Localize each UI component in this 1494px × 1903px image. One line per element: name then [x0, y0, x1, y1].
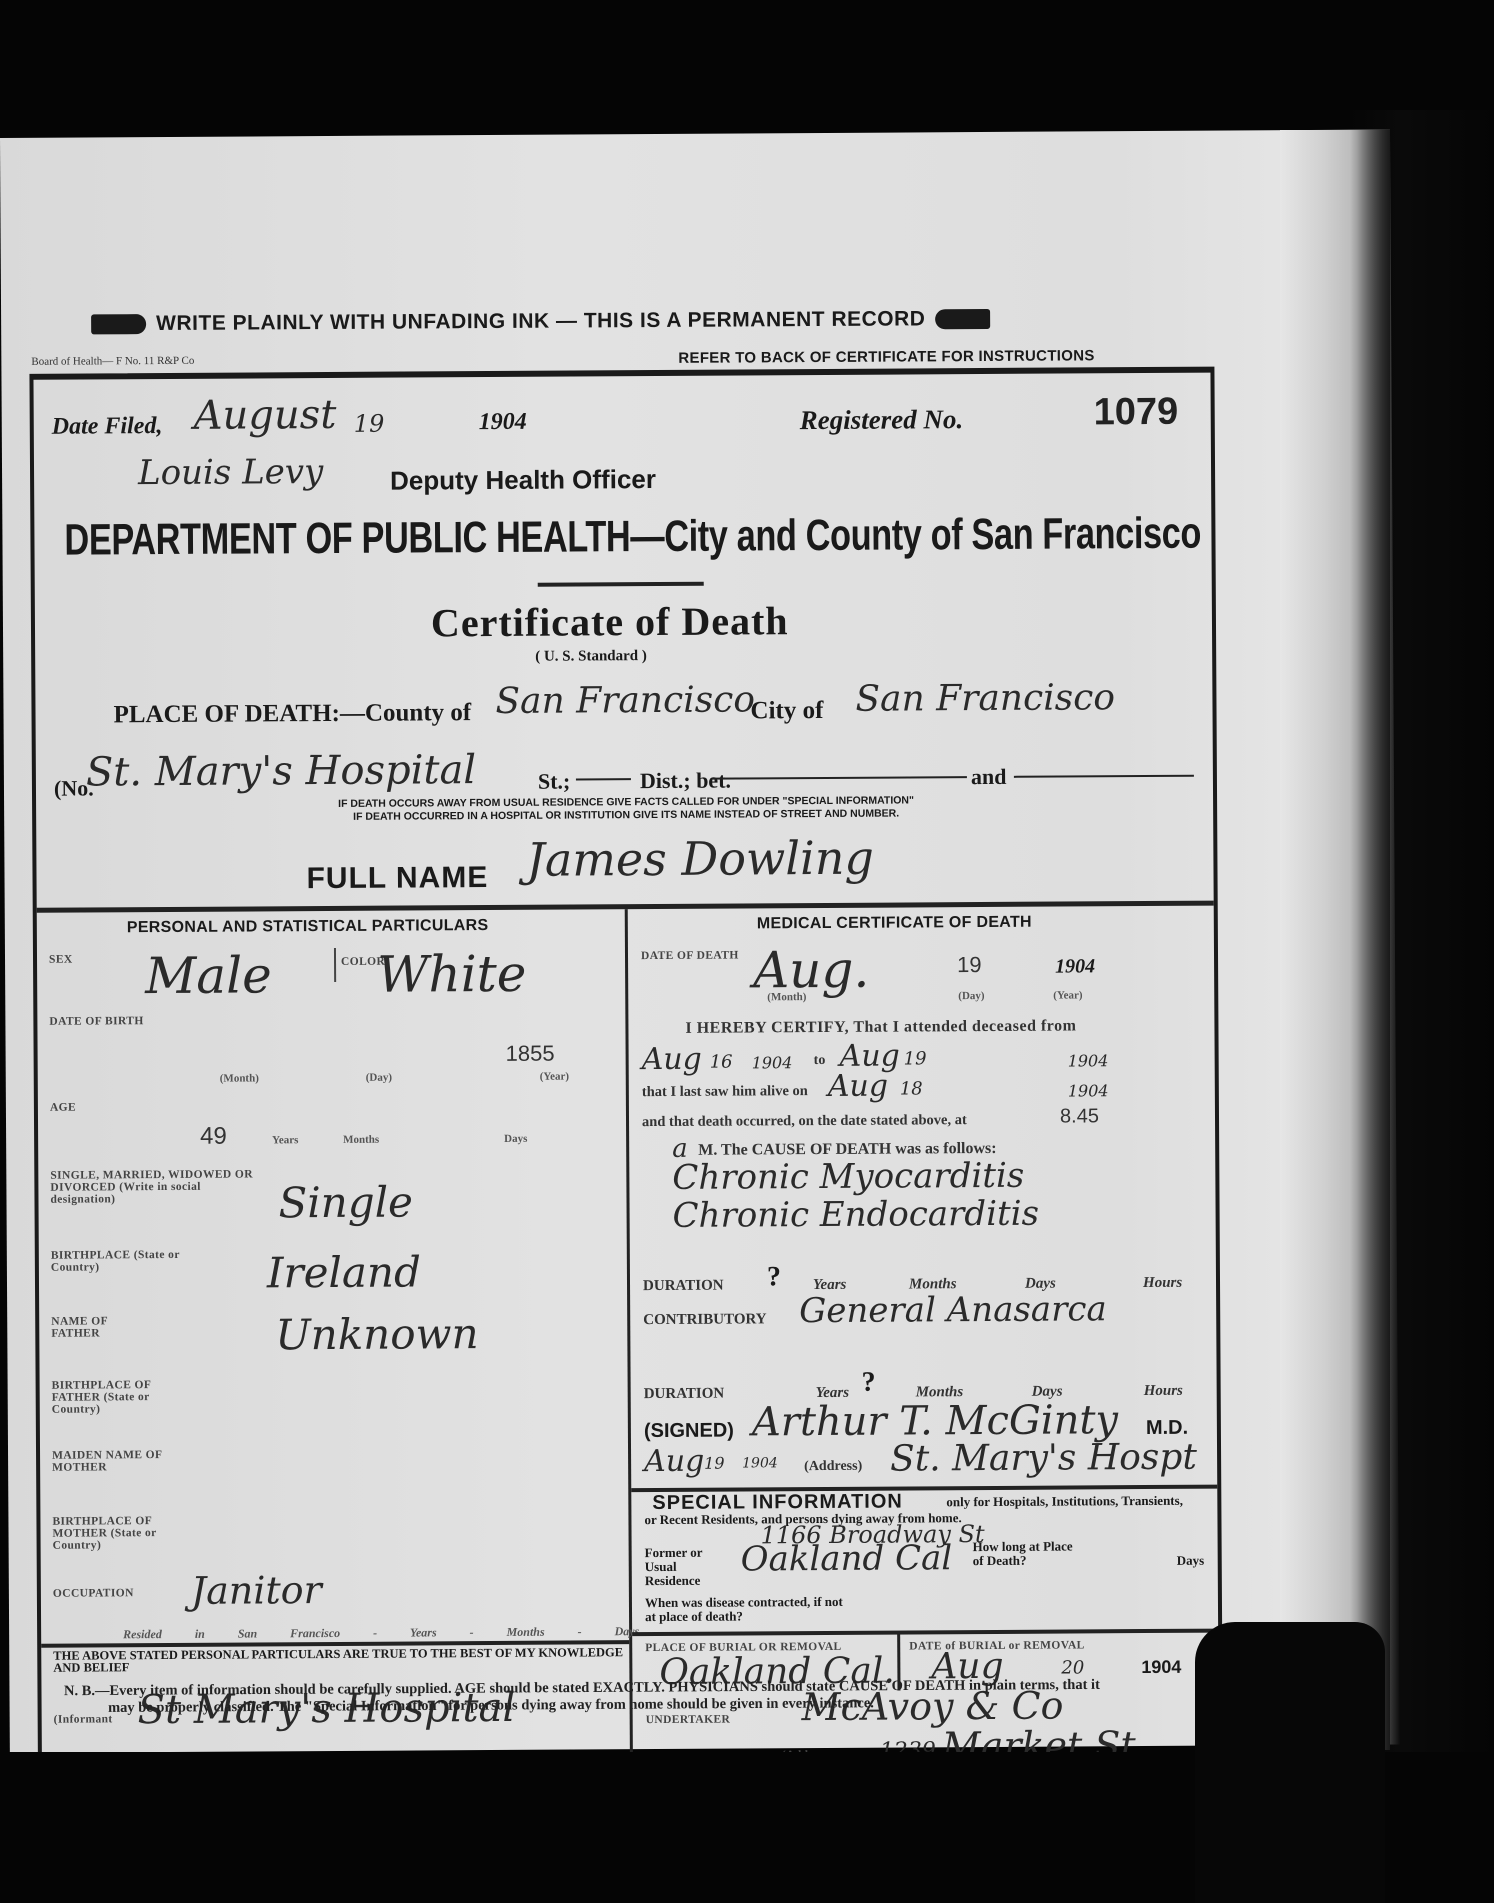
- county-value: San Francisco: [495, 679, 755, 722]
- dob-year-value: 1855: [506, 1041, 555, 1067]
- duration-label: DURATION: [643, 1278, 724, 1295]
- resided-label: Resided in San Francisco - Years - Month…: [123, 1624, 639, 1642]
- certify-statement: I HEREBY CERTIFY, That I attended deceas…: [685, 1017, 1076, 1037]
- certificate-title: Certificate of Death: [431, 597, 789, 646]
- department-title: DEPARTMENT OF PUBLIC HEALTH—City and Cou…: [64, 510, 946, 565]
- sex-label: SEX: [49, 954, 73, 966]
- place-note: IF DEATH OCCURS AWAY FROM USUAL RESIDENC…: [181, 793, 1071, 824]
- father-name-label: NAME OF FATHER: [51, 1315, 141, 1340]
- death-time-value: 8.45: [1060, 1105, 1099, 1128]
- dist-blank: [712, 776, 967, 780]
- duration-hours-label: Hours: [1143, 1275, 1182, 1292]
- column-divider: [625, 909, 633, 1781]
- signed-label: (SIGNED): [644, 1420, 734, 1444]
- dob-month-label: (Month): [220, 1072, 259, 1084]
- last-saw-year: 1904: [1068, 1081, 1109, 1100]
- dob-day-label: (Day): [366, 1072, 392, 1084]
- place-of-death-label: PLACE OF DEATH:—County of: [113, 699, 471, 729]
- attended-from-month: Aug: [642, 1042, 702, 1077]
- st-label: St.;: [538, 769, 571, 795]
- duration2-value: ?: [862, 1367, 876, 1399]
- former-residence-city: Oakland Cal: [741, 1538, 953, 1579]
- color-separator: [334, 948, 336, 982]
- occupation-value: Janitor: [191, 1568, 322, 1613]
- dob-label: DATE OF BIRTH: [49, 1015, 143, 1028]
- date-filed-label: Date Filed,: [52, 413, 163, 441]
- age-months-label: Months: [343, 1134, 379, 1146]
- physician-address-label: (Address): [804, 1459, 862, 1475]
- burial-date-day: 20: [1061, 1657, 1084, 1678]
- full-name-label: FULL NAME: [306, 861, 488, 896]
- date-of-death-year: 1904: [1055, 955, 1095, 978]
- contributory-value: General Anasarca: [799, 1289, 1107, 1331]
- mother-maiden-name-label: MAIDEN NAME OF MOTHER: [52, 1449, 192, 1474]
- city-label: City of: [750, 697, 823, 725]
- dob-year-label: (Year): [540, 1071, 569, 1083]
- year-label: (Year): [1053, 989, 1082, 1001]
- certificate-subtitle: ( U. S. Standard ): [535, 648, 647, 666]
- undertaker-label: UNDERTAKER: [646, 1714, 731, 1727]
- attended-to-year: 1904: [1068, 1051, 1109, 1070]
- top-banner: WRITE PLAINLY WITH UNFADING INK — THIS I…: [91, 301, 1171, 342]
- father-name-value: Unknown: [275, 1309, 479, 1359]
- contributory-label: CONTRIBUTORY: [643, 1311, 766, 1329]
- cause-of-death-line1: Chronic Myocarditis: [672, 1156, 1024, 1198]
- registered-number: 1079: [1094, 391, 1179, 435]
- officer-signature: Louis Levy: [138, 452, 323, 493]
- marital-status-label: SINGLE, MARRIED, WIDOWED OR DIVORCED (Wr…: [50, 1168, 260, 1205]
- death-time-label: and that death occurred, on the date sta…: [642, 1112, 967, 1131]
- pointing-hand-icon: [935, 309, 990, 329]
- duration-value: ?: [767, 1261, 781, 1293]
- age-days-label: Days: [504, 1133, 527, 1145]
- st-blank: [576, 778, 631, 780]
- last-saw-label: that I last saw him alive on: [642, 1083, 808, 1101]
- full-name-value: James Dowling: [526, 831, 874, 887]
- birthplace-value: Ireland: [267, 1247, 421, 1297]
- informant-note: THE ABOVE STATED PERSONAL PARTICULARS AR…: [53, 1646, 623, 1673]
- to-label: to: [814, 1053, 826, 1069]
- signed-date-month: Aug: [644, 1444, 704, 1479]
- father-birthplace-label: BIRTHPLACE OF FATHER (State or Country): [52, 1379, 192, 1416]
- physician-address-value: St. Mary's Hospt: [890, 1437, 1197, 1480]
- attended-to-day: 19: [904, 1048, 927, 1069]
- cause-of-death-line2: Chronic Endocarditis: [672, 1194, 1039, 1236]
- and-blank: [1014, 775, 1194, 778]
- signed-date-day: 19: [704, 1454, 724, 1473]
- date-filed-day: 19: [354, 410, 385, 438]
- duration2-label: DURATION: [644, 1386, 725, 1403]
- dist-label: Dist.; bet.: [640, 768, 731, 795]
- attended-from-day: 16: [710, 1052, 733, 1073]
- date-of-death-day: 19: [957, 952, 982, 978]
- and-label: and: [971, 764, 1007, 790]
- form-id: Board of Health— F No. 11 R&P Co: [31, 355, 194, 368]
- date-of-death-label: DATE OF DEATH: [641, 950, 739, 963]
- attended-from-year: 1904: [752, 1053, 793, 1072]
- disease-contracted-label: When was disease contracted, if not at p…: [645, 1595, 845, 1624]
- street-no-value: St. Mary's Hospital: [86, 747, 477, 795]
- age-label: AGE: [50, 1102, 76, 1114]
- occupation-label: OCCUPATION: [53, 1587, 134, 1599]
- last-saw-month: Aug: [828, 1069, 888, 1104]
- certificate-page: WRITE PLAINLY WITH UNFADING INK — THIS I…: [0, 130, 1400, 1753]
- date-filed-year: 1904: [479, 409, 527, 436]
- how-long-label: How long at Place of Death?: [973, 1539, 1083, 1568]
- registered-label: Registered No.: [800, 404, 964, 436]
- banner-text: WRITE PLAINLY WITH UNFADING INK — THIS I…: [156, 307, 925, 336]
- birthplace-label: BIRTHPLACE (State or Country): [51, 1249, 191, 1274]
- footer-note: N. B.—Every item of information should b…: [64, 1677, 1104, 1717]
- days-label: Days: [1177, 1553, 1205, 1569]
- city-value: San Francisco: [855, 677, 1115, 720]
- age-years-label: Years: [272, 1134, 298, 1146]
- sex-value: Male: [145, 946, 272, 1005]
- title-divider: [538, 582, 704, 587]
- month-label: (Month): [767, 991, 806, 1003]
- duration2-hours-label: Hours: [1144, 1383, 1183, 1400]
- last-saw-day: 18: [900, 1078, 923, 1099]
- certificate-frame: Date Filed, August 19 1904 Registered No…: [29, 367, 1223, 1794]
- instructions-note: REFER TO BACK OF CERTIFICATE FOR INSTRUC…: [678, 347, 1094, 367]
- officer-title: Deputy Health Officer: [390, 464, 656, 497]
- thumb-shadow: [1195, 1622, 1385, 1903]
- section-divider: [632, 1629, 1218, 1637]
- burial-date-year: 1904: [1141, 1657, 1181, 1678]
- mother-birthplace-label: BIRTHPLACE OF MOTHER (State or Country): [52, 1515, 192, 1552]
- pointing-hand-icon: [91, 314, 146, 334]
- color-value: White: [377, 945, 527, 1004]
- date-filed-month: August: [194, 392, 337, 439]
- signed-date-year: 1904: [742, 1455, 778, 1471]
- former-residence-label: Former or Usual Residence: [645, 1546, 735, 1589]
- medical-section-title: MEDICAL CERTIFICATE OF DEATH: [757, 914, 1032, 934]
- marital-status-value: Single: [278, 1177, 413, 1227]
- day-label: (Day): [958, 990, 984, 1002]
- special-info-note1: only for Hospitals, Institutions, Transi…: [946, 1493, 1183, 1510]
- age-years-value: 49: [200, 1123, 227, 1151]
- personal-section-title: PERSONAL AND STATISTICAL PARTICULARS: [127, 917, 489, 937]
